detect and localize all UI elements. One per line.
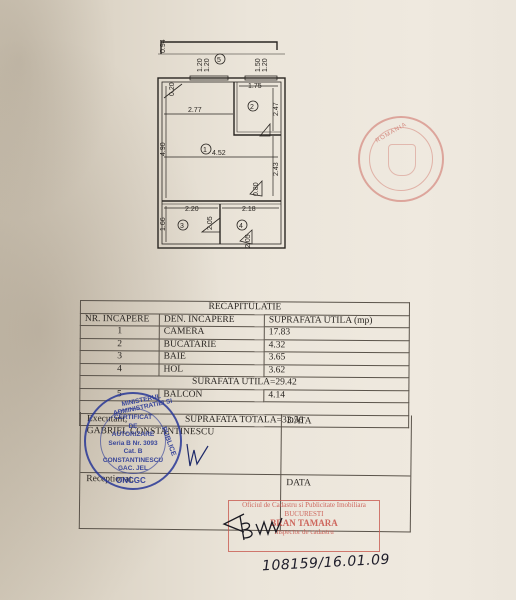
- cell-area: 4.32: [264, 339, 409, 353]
- cell-nr: 2: [80, 338, 159, 351]
- dim-window1: 1.20: [197, 58, 204, 72]
- dim-window3: 1.50: [255, 58, 262, 72]
- header-nr: NR. INCAPERE: [80, 313, 159, 326]
- cell-area: 4.14: [264, 389, 409, 403]
- dim-room1-height: 4.90: [160, 142, 167, 156]
- room-3-number: 3: [180, 223, 184, 230]
- cell-name: HOL: [159, 364, 264, 377]
- cell-area: 3.65: [264, 352, 409, 366]
- cell-name: CAMERA: [159, 326, 264, 339]
- dim-window2: 1.20: [204, 58, 211, 72]
- room-5-number: 5: [217, 57, 221, 64]
- data-label-2: DATA: [286, 478, 311, 488]
- dim-door-small: 0.80: [253, 182, 260, 196]
- cell-nr: 4: [80, 363, 159, 376]
- shadow: [0, 0, 140, 240]
- dim-room2-height: 2.47: [273, 102, 280, 116]
- header-name: DEN. INCAPERE: [159, 314, 264, 327]
- cell-nr: 3: [80, 351, 159, 364]
- red-round-seal: ROMANIA: [358, 116, 444, 202]
- room-2-number: 2: [250, 104, 254, 111]
- header-area: SUPRAFATA UTILA (mp): [264, 314, 409, 328]
- cell-area: 3.62: [264, 364, 409, 378]
- dim-room1-top: 2.77: [188, 107, 202, 114]
- executant-signature: [184, 440, 210, 470]
- dim-room1-width: 4.52: [212, 150, 226, 157]
- coat-of-arms-icon: [388, 144, 416, 176]
- dim-balcony-depth: 0.94: [160, 39, 167, 53]
- dim-room1-right: 2.43: [273, 162, 280, 176]
- blue-authorization-seal: MINISTERUL ADMINISTRATIEI SI PUBLICE ONC…: [84, 392, 182, 490]
- dim-room3-height: 1.66: [160, 217, 167, 231]
- dim-bath-door: 2.05: [207, 216, 214, 230]
- cell-name: BUCATARIE: [159, 339, 264, 352]
- dim-window4: 1.20: [262, 58, 269, 72]
- dim-hall-door: 2.05: [245, 234, 252, 248]
- dim-room3-width: 2.20: [185, 206, 199, 213]
- cell-area: 17.83: [264, 327, 409, 341]
- room-4-number: 4: [239, 223, 243, 230]
- inspector-signature: [222, 510, 302, 544]
- dim-corner: 0.20: [169, 82, 176, 96]
- dim-room2-width: 1.75: [248, 83, 262, 90]
- dim-room4-width: 2.18: [242, 206, 256, 213]
- room-1-number: 1: [203, 147, 207, 154]
- cell-nr: 1: [80, 326, 159, 339]
- floor-plan: 1 2 3 4 5 2.77 4.52 1.75 2.20 2.18 4.90 …: [150, 36, 295, 261]
- cell-name: BAIE: [159, 351, 264, 364]
- data-label-1: DATA: [287, 416, 312, 426]
